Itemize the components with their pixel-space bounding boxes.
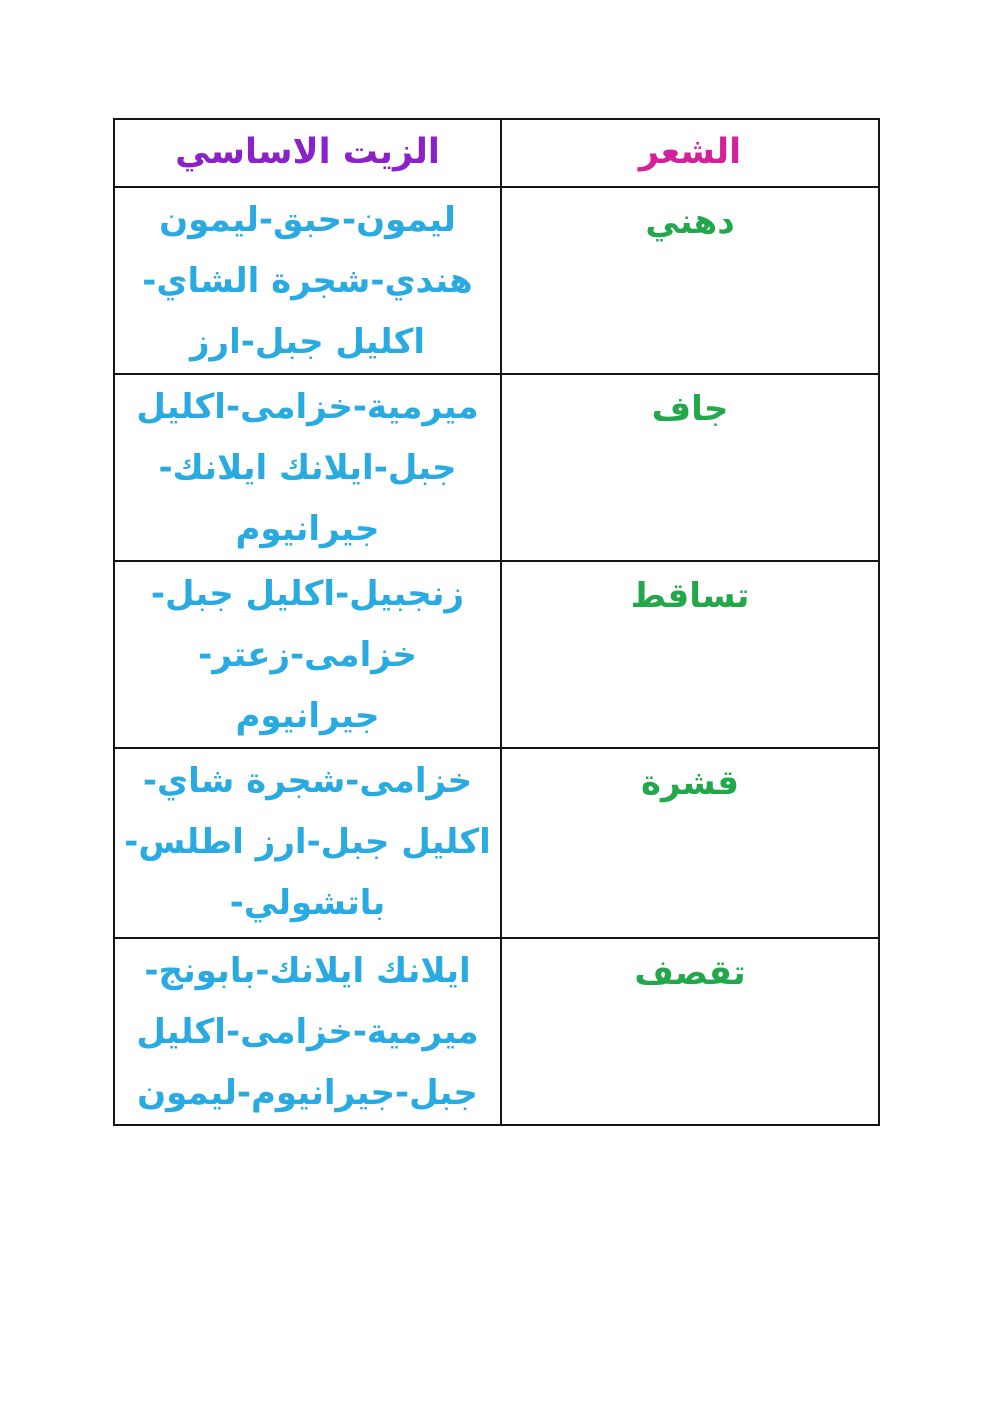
- document-page: الشعر الزيت الاساسي دهني ليمون-حبق-ليمون…: [0, 0, 1000, 1414]
- hair-oils-table: الشعر الزيت الاساسي دهني ليمون-حبق-ليمون…: [113, 118, 880, 1126]
- oils-list-cell: ايلانك ايلانك-بابونج- ميرمية-خزامى-اكليل…: [114, 938, 501, 1125]
- hair-column-header: الشعر: [501, 119, 879, 187]
- hair-type-cell: جاف: [501, 374, 879, 561]
- oils-list-cell: ليمون-حبق-ليمون هندي-شجرة الشاي- اكليل ج…: [114, 187, 501, 374]
- table-header-row: الشعر الزيت الاساسي: [114, 119, 879, 187]
- table-row-hair-loss: تساقط زنجبيل-اكليل جبل- خزامى-زعتر- جيرا…: [114, 561, 879, 748]
- essential-oil-column-header: الزيت الاساسي: [114, 119, 501, 187]
- oils-list-cell: خزامى-شجرة شاي- اكليل جبل-ارز اطلس- باتش…: [114, 748, 501, 938]
- table-row-dandruff: قشرة خزامى-شجرة شاي- اكليل جبل-ارز اطلس-…: [114, 748, 879, 938]
- hair-type-cell: قشرة: [501, 748, 879, 938]
- hair-type-cell: دهني: [501, 187, 879, 374]
- table-row-dry: جاف ميرمية-خزامى-اكليل جبل-ايلانك ايلانك…: [114, 374, 879, 561]
- table-row-oily: دهني ليمون-حبق-ليمون هندي-شجرة الشاي- اك…: [114, 187, 879, 374]
- hair-type-cell: تساقط: [501, 561, 879, 748]
- table-row-split-ends: تقصف ايلانك ايلانك-بابونج- ميرمية-خزامى-…: [114, 938, 879, 1125]
- oils-list-cell: زنجبيل-اكليل جبل- خزامى-زعتر- جيرانيوم: [114, 561, 501, 748]
- oils-list-cell: ميرمية-خزامى-اكليل جبل-ايلانك ايلانك- جي…: [114, 374, 501, 561]
- hair-type-cell: تقصف: [501, 938, 879, 1125]
